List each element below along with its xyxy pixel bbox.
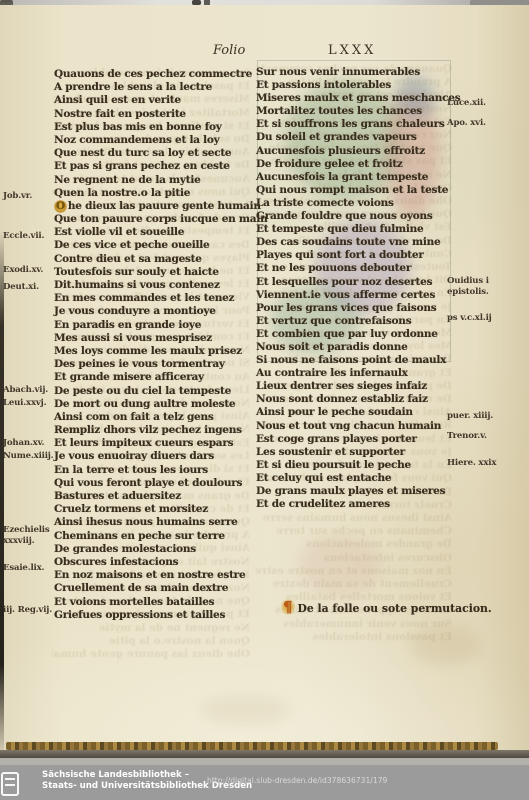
- verse-line: Pour les grans vices que faisons: [256, 302, 456, 315]
- verse-line: Miseres maulx et grans meschances: [256, 92, 456, 105]
- rubric-line: ¶De la folle ou sote permutacion.: [281, 598, 492, 616]
- viewer-footer-bar: Sächsische Landesbibliothek – Staats- un…: [0, 765, 529, 800]
- verse-line: Ainsi pour le peche soudain: [256, 406, 456, 419]
- verse-line: De peste ou du ciel la tempeste: [54, 385, 256, 398]
- verse-line: Cruelz tormens et morsitez: [54, 503, 256, 516]
- verse-line: Et si dieu poursuit le peche: [256, 459, 456, 472]
- verse-line: De ces vice et peche oueille: [54, 239, 256, 252]
- verse-line: De mort ou dung aultre moleste: [54, 398, 256, 411]
- verse-line: Et si souffrons les grans chaleurs: [256, 118, 456, 131]
- verse-line: Mortalitez toutes les chances: [256, 105, 456, 118]
- verse-line: Nous sont donnez establiz faiz: [256, 393, 456, 406]
- library-logo-icon: [1, 772, 19, 796]
- verse-line: Aucunesfois la grant tempeste: [256, 171, 456, 184]
- pilcrow-icon: ¶: [281, 598, 295, 616]
- verse-line: Est coge grans playes porter: [256, 433, 456, 446]
- gilt-page-edge: [6, 742, 498, 750]
- verse-line: Que nest du turc sa loy et secte: [54, 147, 256, 160]
- verse-line: Mes loys comme les maulx prisez: [54, 345, 256, 358]
- verse-line: Cheminans en peche sur terre: [54, 530, 256, 543]
- verse-line: Et voions mortelles batailles: [54, 596, 256, 609]
- margin-citation: xxxviij.: [3, 536, 34, 546]
- verse-line: Ne regnent ne de la mytie: [54, 174, 256, 187]
- verse-line: Je vous enuoiray diuers dars: [54, 450, 256, 463]
- verse-line: Obscures infestacions: [54, 556, 256, 569]
- margin-citation: Esaie.lix.: [3, 563, 44, 573]
- verse-line: Nous et tout vng chacun humain: [256, 420, 456, 433]
- verse-line: Quen la nostre.o la pitie: [54, 187, 256, 200]
- verse-line: Et leurs impiteux cueurs espars: [54, 437, 256, 450]
- verse-line: Je vous conduyre a montioye: [54, 305, 256, 318]
- verse-line: Et celuy qui est entache: [256, 472, 456, 485]
- margin-citation: Ouidius i: [447, 276, 489, 286]
- verse-line: Si nous ne faisons point de maulx: [256, 354, 456, 367]
- verse-line: En la terre et tous les iours: [54, 464, 256, 477]
- margin-citation: Job.vr.: [3, 191, 32, 201]
- verse-line: Et vertuz que contrefaisons: [256, 315, 456, 328]
- verse-line: Toutesfois sur souly et haicte: [54, 266, 256, 279]
- verse-line: En noz maisons et en nostre estre: [54, 569, 256, 582]
- folio-number: LXXX: [328, 43, 376, 58]
- left-text-column: Quauons de ces pechez commectreA prendre…: [54, 68, 256, 622]
- verse-line: Noz commandemens et la loy: [54, 134, 256, 147]
- verse-line: Ainsi quil est en verite: [54, 94, 256, 107]
- verse-line: Les soustenir et supporter: [256, 446, 456, 459]
- verse-line: Rempliz dhors vilz pechez ingens: [54, 424, 256, 437]
- verse-line: Quauons de ces pechez commectre: [54, 68, 256, 81]
- margin-citation: ps v.c.xl.ij: [447, 313, 492, 323]
- margin-citation: Deut.xi.: [3, 282, 39, 292]
- verse-line: De grans maulx playes et miseres: [256, 485, 456, 498]
- margin-citation: Trenor.v.: [447, 431, 487, 441]
- verse-line: Et de crudelitez ameres: [256, 498, 456, 511]
- verse-line: Et grande misere afficeray: [54, 371, 256, 384]
- verse-line: Du soleil et grandes vapeurs: [256, 131, 456, 144]
- margin-citation: Abach.vij.: [3, 385, 48, 395]
- margin-citation: Apo. xvi.: [447, 118, 486, 128]
- verse-line: Mes aussi si vous mesprisez: [54, 332, 256, 345]
- margin-citation: Ezechielis: [3, 525, 49, 535]
- verse-line: Et ne les pouuons debouter: [256, 262, 456, 275]
- verse-line: Et passions intolerables: [256, 79, 456, 92]
- verse-line: Viennent.ie vous afferme certes: [256, 289, 456, 302]
- verse-line: Ohe dieux las pauure gente humain: [54, 200, 256, 213]
- verse-line: Nostre fait en posterite: [54, 108, 256, 121]
- margin-citation: Luce.xii.: [447, 98, 486, 108]
- verse-line: Qui nous rompt maison et la teste: [256, 184, 456, 197]
- margin-citation: Exodi.xv.: [3, 265, 43, 275]
- verse-line: Sur nous venir innumerables: [256, 66, 456, 79]
- folio-label: Folio: [213, 43, 245, 58]
- verse-line: Cruellement de sa main dextre: [54, 582, 256, 595]
- verse-line: Que ton pauure corps iucque en main: [54, 213, 256, 226]
- margin-citation: iij. Reg.vij.: [3, 605, 52, 615]
- margin-citation: Eccle.vii.: [3, 231, 44, 241]
- margin-citation: puer. xiiij.: [447, 411, 493, 421]
- verse-line: Est violle vil et soueille: [54, 226, 256, 239]
- verse-line: La triste comecte voions: [256, 197, 456, 210]
- verse-line: Et combien que par luy ordonne: [256, 328, 456, 341]
- verse-line: Griefues oppressions et tailles: [54, 609, 256, 622]
- verse-line: Qui vous feront playe et doulours: [54, 477, 256, 490]
- verse-line: Des peines ie vous tormentray: [54, 358, 256, 371]
- scanned-book-page-viewer: Sur nous venir innumerablesEt passions i…: [0, 0, 529, 800]
- verse-line: En mes commandes et les tenez: [54, 292, 256, 305]
- book-page: Sur nous venir innumerablesEt passions i…: [0, 5, 529, 753]
- verse-line: Et lesquelles pour noz desertes: [256, 276, 456, 289]
- verse-line: A prendre le sens a la lectre: [54, 81, 256, 94]
- verse-line: Aucunesfois plusieurs effroitz: [256, 145, 456, 158]
- verse-line: Et pas si grans pechez en ceste: [54, 160, 256, 173]
- verse-line: Et tempeste que dieu fulmine: [256, 223, 456, 236]
- margin-citation: Hiere. xxix: [447, 458, 496, 468]
- verse-line: Nous soit et paradis donne: [256, 341, 456, 354]
- verse-line: Est plus bas mis en bonne foy: [54, 121, 256, 134]
- paper-stain: [200, 695, 290, 725]
- rubric-text: De la folle ou sote permutacion.: [298, 602, 492, 615]
- margin-citation: epistolis.: [447, 287, 489, 297]
- photo-background-bottom: [0, 758, 529, 765]
- verse-line: Des cas soudains toute vne mine: [256, 236, 456, 249]
- right-text-column: Sur nous venir innumerablesEt passions i…: [256, 66, 456, 511]
- verse-line: De froidure gelee et froitz: [256, 158, 456, 171]
- right-margin-notes: Luce.xii.Apo. xvi.Ouidius iepistolis.ps …: [447, 5, 527, 753]
- margin-citation: Nume.xiiij.: [3, 451, 53, 461]
- verse-line: En paradis en grande ioye: [54, 319, 256, 332]
- illuminated-initial: O: [54, 200, 67, 213]
- verse-line: Ainsi ihesus nous humains serre: [54, 516, 256, 529]
- margin-citation: Leui.xxvj.: [3, 398, 46, 408]
- verse-line: Dit.humains si vous contenez: [54, 279, 256, 292]
- verse-line: Ainsi com on fait a telz gens: [54, 411, 256, 424]
- document-url: http://digital.slub-dresden.de/id3786367…: [207, 776, 387, 785]
- bleedthrough-blob: [300, 535, 380, 595]
- page-bottom-shadow: [0, 750, 529, 758]
- verse-line: Lieux dentrer ses sieges infaiz: [256, 380, 456, 393]
- verse-line: Contre dieu et sa mageste: [54, 253, 256, 266]
- verse-line: Playes qui sont fort a doubter: [256, 249, 456, 262]
- verse-line: Grande fouldre que nous oyons: [256, 210, 456, 223]
- verse-line: Bastures et aduersitez: [54, 490, 256, 503]
- left-margin-notes: Job.vr.Eccle.vii.Exodi.xv.Deut.xi.Abach.…: [3, 5, 55, 753]
- verse-line: De grandes molestacions: [54, 543, 256, 556]
- verse-line: Au contraire les infernaulx: [256, 367, 456, 380]
- margin-citation: Johan.xv.: [3, 438, 44, 448]
